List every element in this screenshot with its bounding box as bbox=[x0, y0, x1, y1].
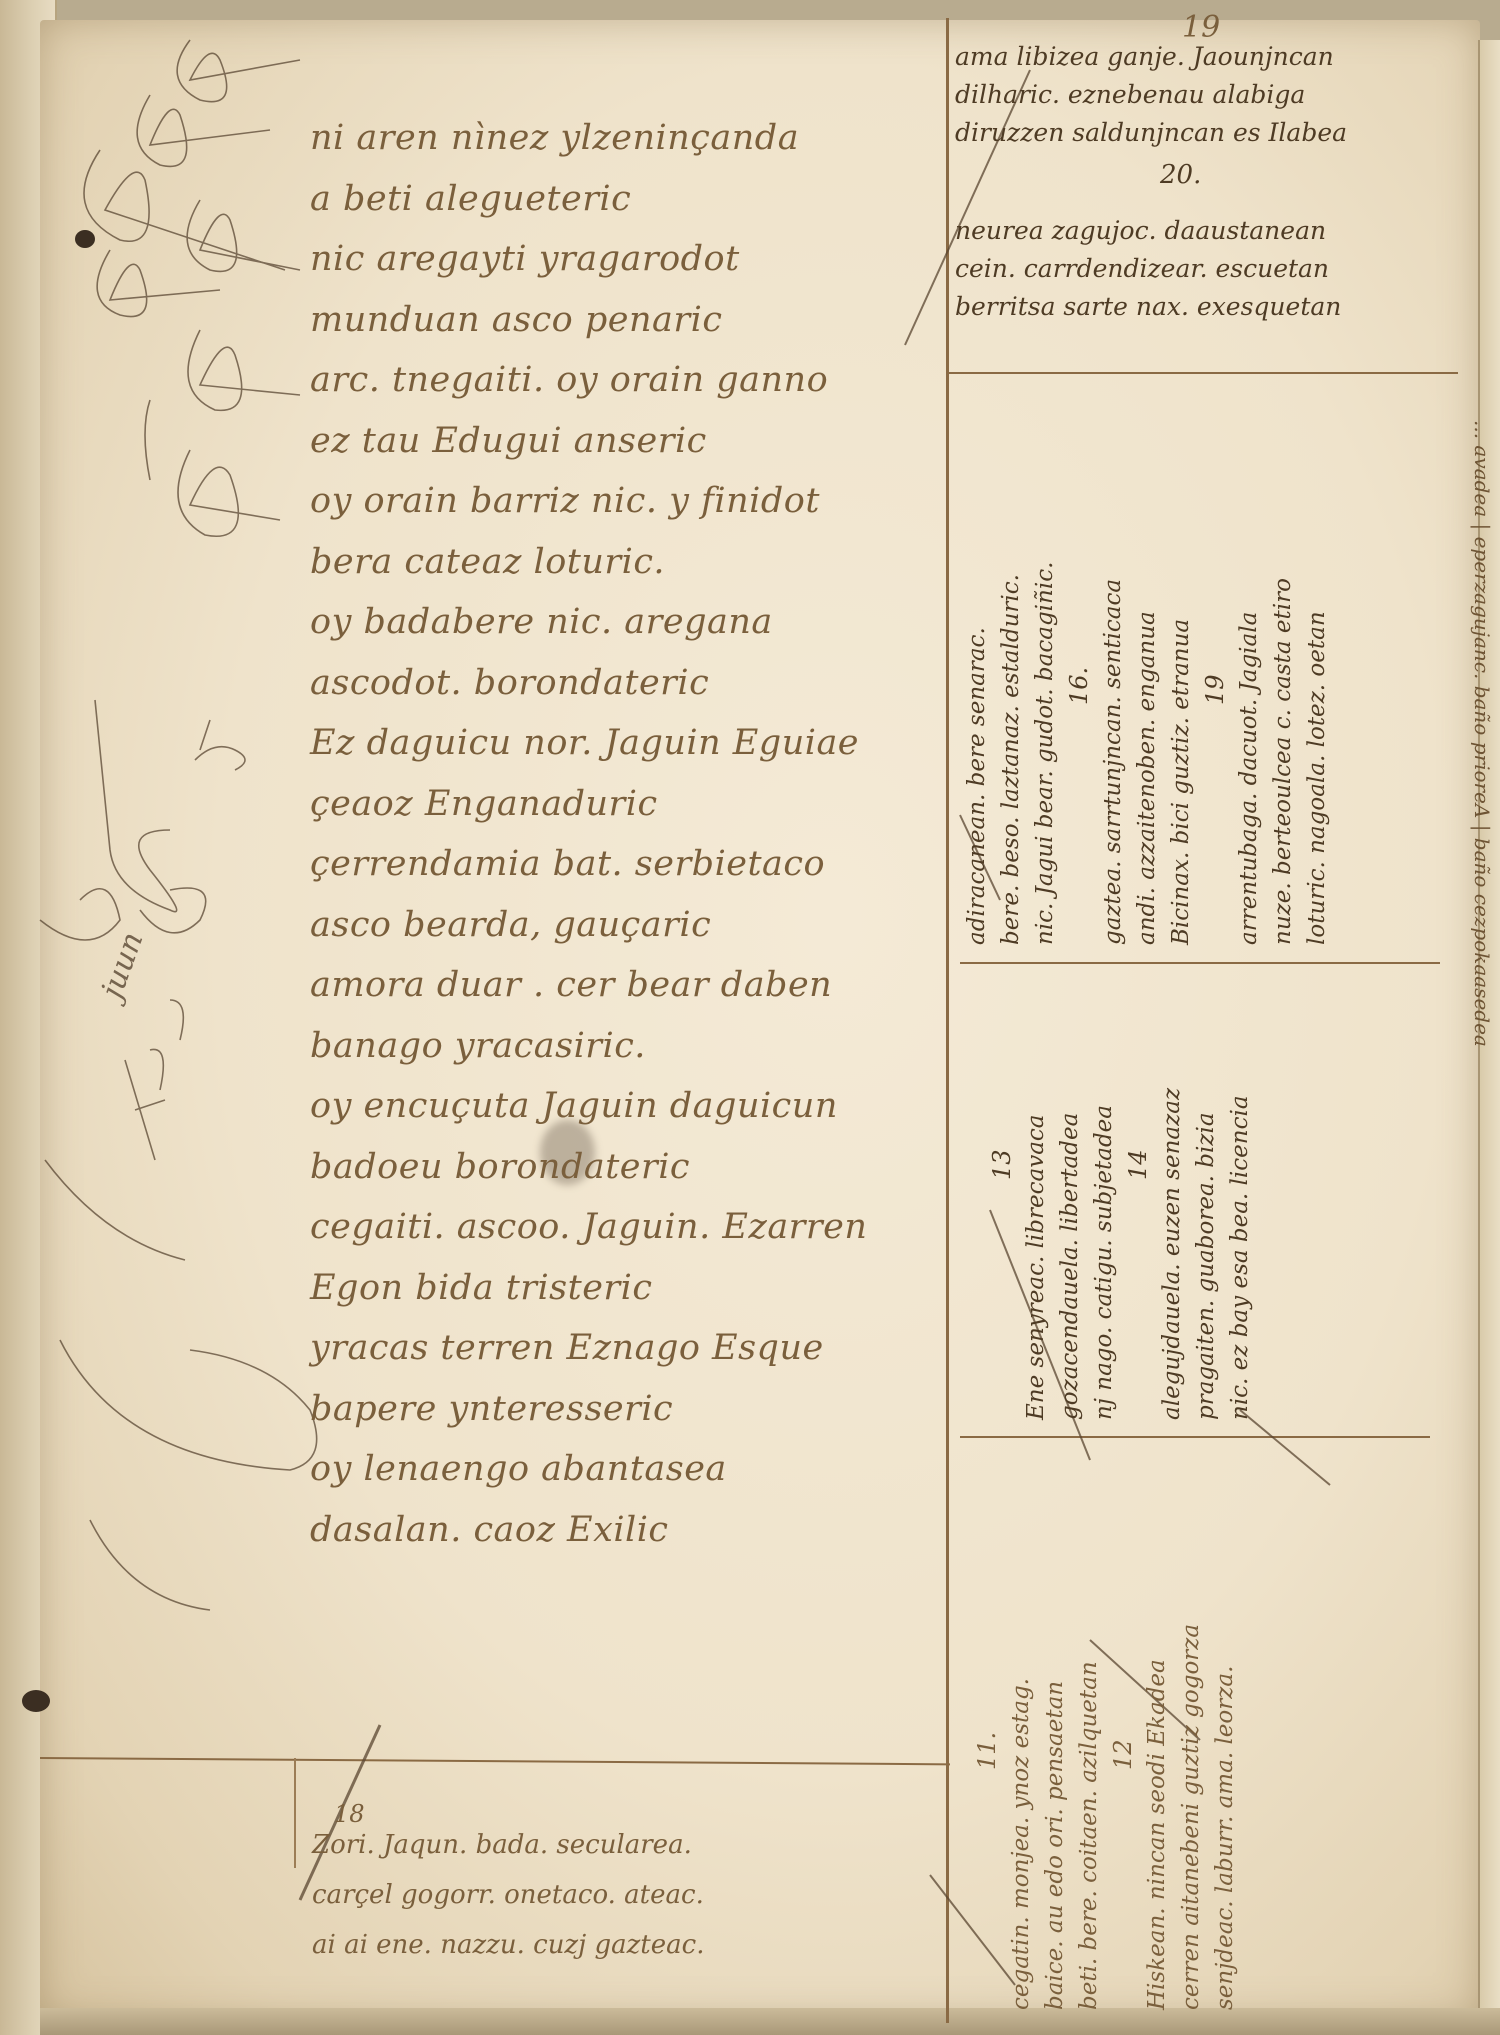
verse-line: Zori. Jaqun. bada. secularea. bbox=[312, 1820, 704, 1870]
verse-line: berritsa sarte nax. exesquetan bbox=[955, 288, 1465, 326]
adjacent-page-text: ... avadea | eperzagujanc. baño prioreA … bbox=[1470, 420, 1494, 1047]
verse-line: alegujdauela. euzen senazaz bbox=[1155, 1088, 1189, 1420]
verse-line: ascodot. borondateric bbox=[310, 653, 950, 714]
verse-line: neurea zagujoc. daaustanean bbox=[955, 212, 1465, 250]
verse-line: diruzzen saldunjncan es Ilabea bbox=[955, 114, 1465, 152]
verse-line: beti. bere. coitaen. azilquetan bbox=[1072, 1624, 1106, 2010]
stanza-number: 14 bbox=[1121, 1088, 1155, 1420]
verse-line: dasalan. caoz Exilic bbox=[310, 1500, 950, 1561]
verse-line: oy badabere nic. aregana bbox=[310, 592, 950, 653]
verse-line: oy encuçuta Jaguin daguicun bbox=[310, 1076, 950, 1137]
verse-line: arc. tnegaiti. oy orain ganno bbox=[310, 350, 950, 411]
verse-line: ai ai ene. nazzu. cuzj gazteac. bbox=[312, 1920, 704, 1970]
verse-line: bapere ynteresseric bbox=[310, 1379, 950, 1440]
verse-line: Ez daguicu nor. Jaguin Eguiae bbox=[310, 713, 950, 774]
verse-line: gozacendauela. libertadea bbox=[1053, 1088, 1087, 1420]
verse-line: pragaiten. guaborea. bizia bbox=[1189, 1088, 1223, 1420]
verse-line: Hiskean. nincan seodi Ekadea bbox=[1140, 1624, 1174, 2010]
main-verse-column: ni aren nìnez ylzeninçanda a beti alegue… bbox=[310, 108, 950, 1560]
verse-line: cegatin. monjea. ynoz estag. bbox=[1004, 1624, 1038, 2010]
rotated-stanzas-upper: adiracanean. bere senarac. bere. beso. l… bbox=[960, 562, 1334, 945]
verse-line: carçel gogorr. onetaco. ateac. bbox=[312, 1870, 704, 1920]
verse-line: badoeu borondateric bbox=[310, 1137, 950, 1198]
stanza-top-right-b: neurea zagujoc. daaustanean cein. carrde… bbox=[955, 212, 1465, 326]
verse-line: Ene senyreac. librecavaca bbox=[1019, 1088, 1053, 1420]
stanza-number: 20. bbox=[1160, 160, 1201, 190]
verse-line: arrentubaga. dacuot. Jagiala bbox=[1232, 562, 1266, 945]
verse-line: ni aren nìnez ylzeninçanda bbox=[310, 108, 950, 169]
verse-line: munduan asco penaric bbox=[310, 290, 950, 351]
verse-line: nic. Jagui bear. gudot. bacagiñic. bbox=[1028, 562, 1062, 945]
rotated-stanzas-middle: 13 Ene senyreac. librecavaca gozacendaue… bbox=[985, 1088, 1257, 1420]
verse-line: çerrendamia bat. serbietaco bbox=[310, 834, 950, 895]
verse-line: andi. azzaitenoben. enganua bbox=[1130, 562, 1164, 945]
manuscript-scan: juun 19 ni aren nìnez ylzeninçanda a bet… bbox=[0, 0, 1500, 2035]
verse-line: nuze. berteoulcea c. casta etiro bbox=[1266, 562, 1300, 945]
verse-line: amora duar . cer bear daben bbox=[310, 955, 950, 1016]
verse-line: cerren aitanebeni guztiz gogorza bbox=[1174, 1624, 1208, 2010]
stanza-number: 12 bbox=[1106, 1624, 1140, 2010]
verse-line: ama libizea ganje. Jaounjncan bbox=[955, 38, 1465, 76]
verse-line: senjdeac. laburr. ama. leorza. bbox=[1208, 1624, 1242, 2010]
verse-line: bera cateaz loturic. bbox=[310, 532, 950, 593]
verse-line: ez tau Edugui anseric bbox=[310, 411, 950, 472]
verse-line: oy orain barriz nic. y finidot bbox=[310, 471, 950, 532]
stanza-18: Zori. Jaqun. bada. secularea. carçel gog… bbox=[312, 1820, 704, 1970]
stanza-number: 13 bbox=[985, 1088, 1019, 1420]
verse-line: a beti alegueteric bbox=[310, 169, 950, 230]
verse-line: bere. beso. laztanaz. estalduric. bbox=[994, 562, 1028, 945]
verse-line: adiracanean. bere senarac. bbox=[960, 562, 994, 945]
stanza-number: 11. bbox=[970, 1624, 1004, 2010]
verse-line: asco bearda, gauçaric bbox=[310, 895, 950, 956]
stanza-number: 16. bbox=[1062, 562, 1096, 945]
verse-line: nj nago. catigu. subjetadea bbox=[1087, 1088, 1121, 1420]
verse-line: loturic. nagoala. lotez. oetan bbox=[1300, 562, 1334, 945]
verse-line: dilharic. eznebenau alabiga bbox=[955, 76, 1465, 114]
stanza-top-right-a: ama libizea ganje. Jaounjncan dilharic. … bbox=[955, 38, 1465, 152]
verse-line: Egon bida tristeric bbox=[310, 1258, 950, 1319]
verse-line: Bicinax. bici guztiz. etranua bbox=[1164, 562, 1198, 945]
rotated-stanzas-lower: 11. cegatin. monjea. ynoz estag. baice. … bbox=[970, 1624, 1242, 2010]
verse-line: oy lenaengo abantasea bbox=[310, 1439, 950, 1500]
stanza-number: 19 bbox=[1198, 562, 1232, 945]
verse-line: baice. au edo ori. pensaetan bbox=[1038, 1624, 1072, 2010]
verse-line: çeaoz Enganaduric bbox=[310, 774, 950, 835]
verse-line: nic aregayti yragarodot bbox=[310, 229, 950, 290]
verse-line: cein. carrdendizear. escuetan bbox=[955, 250, 1465, 288]
verse-line: nic. ez bay esa bea. licencia bbox=[1223, 1088, 1257, 1420]
verse-line: gaztea. sarrtunjncan. senticaca bbox=[1096, 562, 1130, 945]
verse-line: cegaiti. ascoo. Jaguin. Ezarren bbox=[310, 1197, 950, 1258]
verse-line: banago yracasiric. bbox=[310, 1016, 950, 1077]
verse-line: yracas terren Eznago Esque bbox=[310, 1318, 950, 1379]
